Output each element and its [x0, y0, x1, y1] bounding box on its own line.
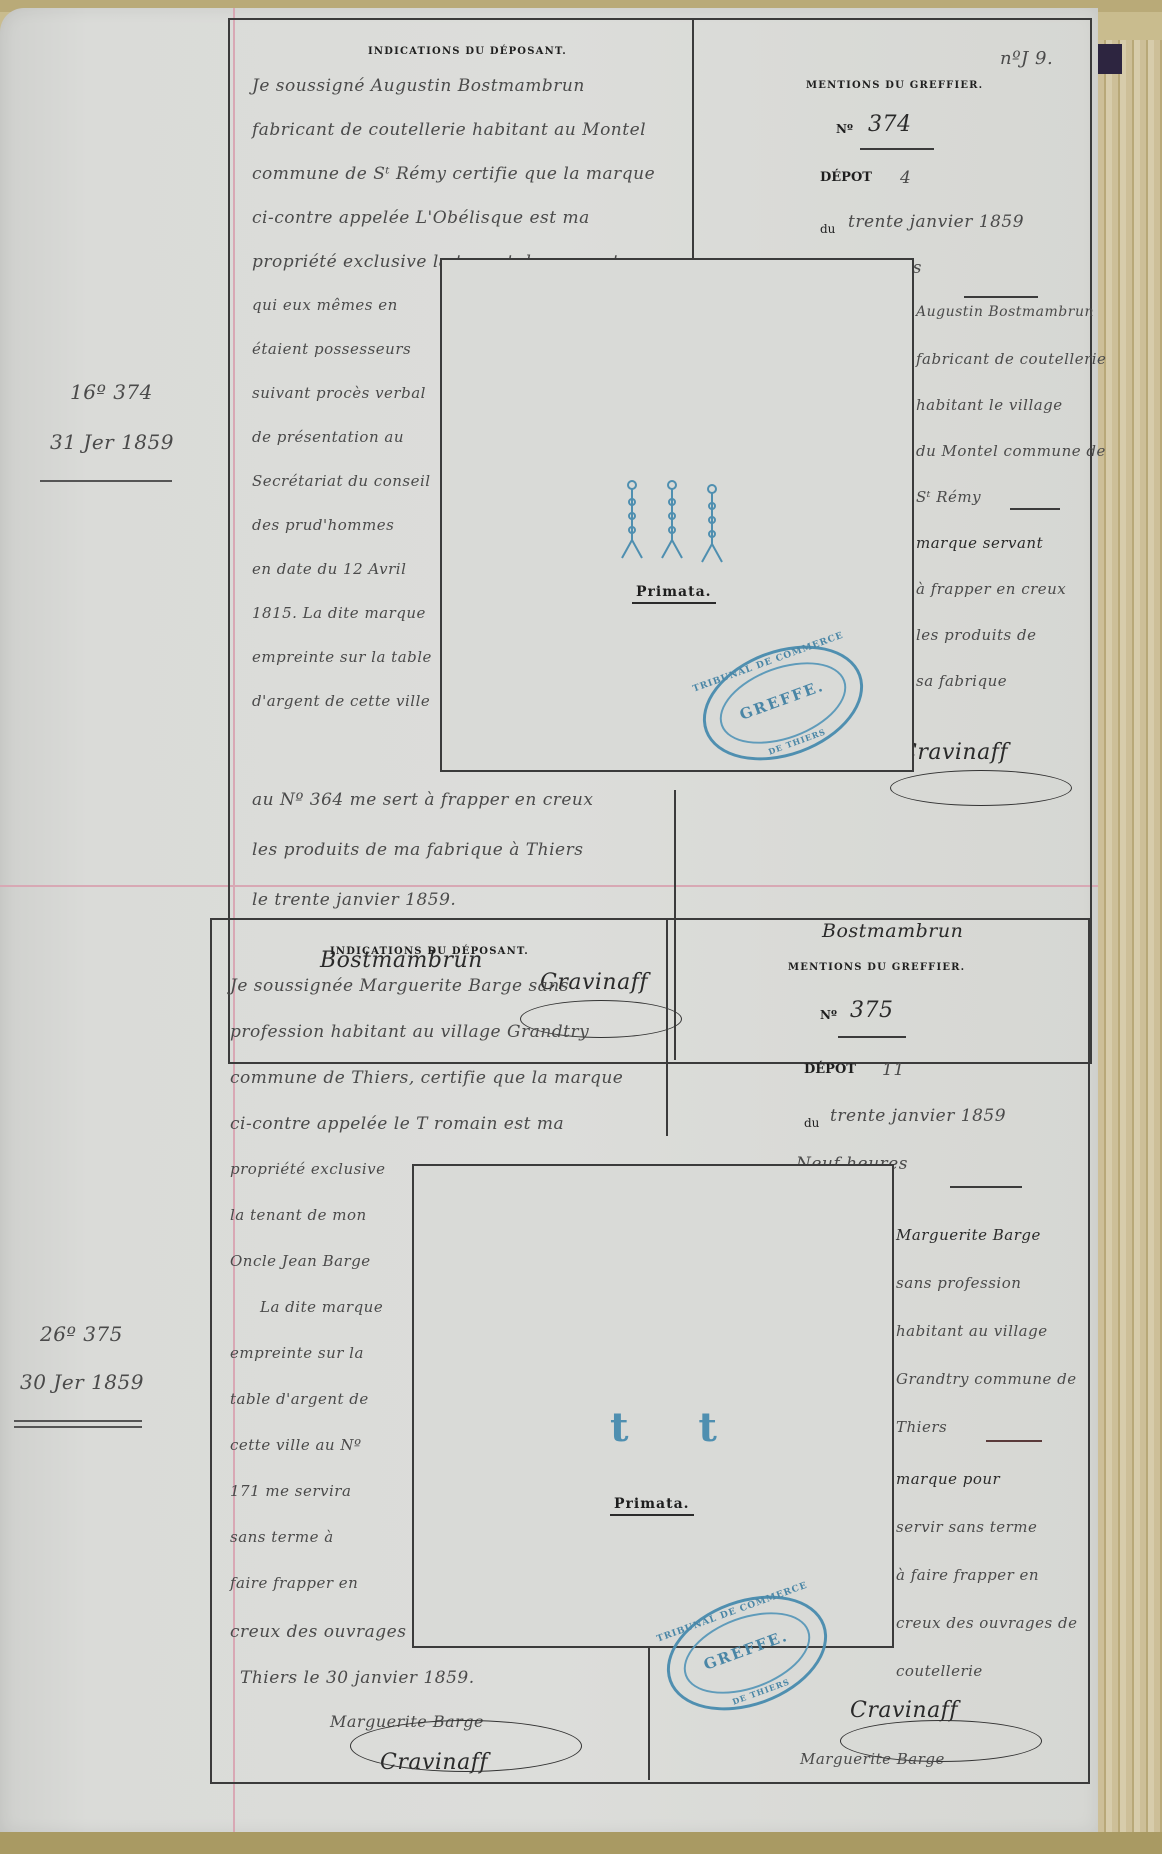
greffier-header: MENTIONS DU GREFFIER. — [788, 962, 965, 973]
margin-note-line1: 26º 375 — [40, 1322, 123, 1346]
deposant-header: INDICATIONS DU DÉPOSANT. — [368, 46, 567, 57]
mark-label: Primata. — [610, 1496, 694, 1516]
mark-label: Primata. — [632, 584, 716, 604]
book-bottom-edge — [0, 1832, 1162, 1854]
margin-note-line2: 31 Jer 1859 — [50, 430, 174, 454]
greffier-clerk-signature: Cravinaff — [900, 740, 1008, 765]
deposit-date: trente janvier 1859 — [848, 212, 1024, 232]
margin-note-underline — [40, 480, 172, 482]
t-roman-mark-icon: t t — [610, 1404, 745, 1451]
deposit-number: 375 — [850, 998, 894, 1023]
deposit-number: 374 — [868, 112, 912, 137]
column-divider-top — [666, 918, 668, 1136]
greffier-depositor-signature: Marguerite Barge — [800, 1750, 945, 1768]
deposant-header: INDICATIONS DU DÉPOSANT. — [330, 946, 529, 957]
depot-label: DÉPOT — [820, 170, 872, 185]
margin-note-line2: 30 Jer 1859 — [20, 1370, 144, 1394]
depot-label: DÉPOT — [804, 1062, 856, 1077]
margin-note-line1: 16º 374 — [70, 380, 153, 404]
trademark-box: t t Primata. — [412, 1164, 894, 1648]
deposit-date: trente janvier 1859 — [830, 1106, 1006, 1126]
book-page-edges — [1098, 40, 1162, 1840]
obelisk-mark-icon — [617, 480, 727, 564]
greffier-header: MENTIONS DU GREFFIER. — [806, 80, 983, 91]
